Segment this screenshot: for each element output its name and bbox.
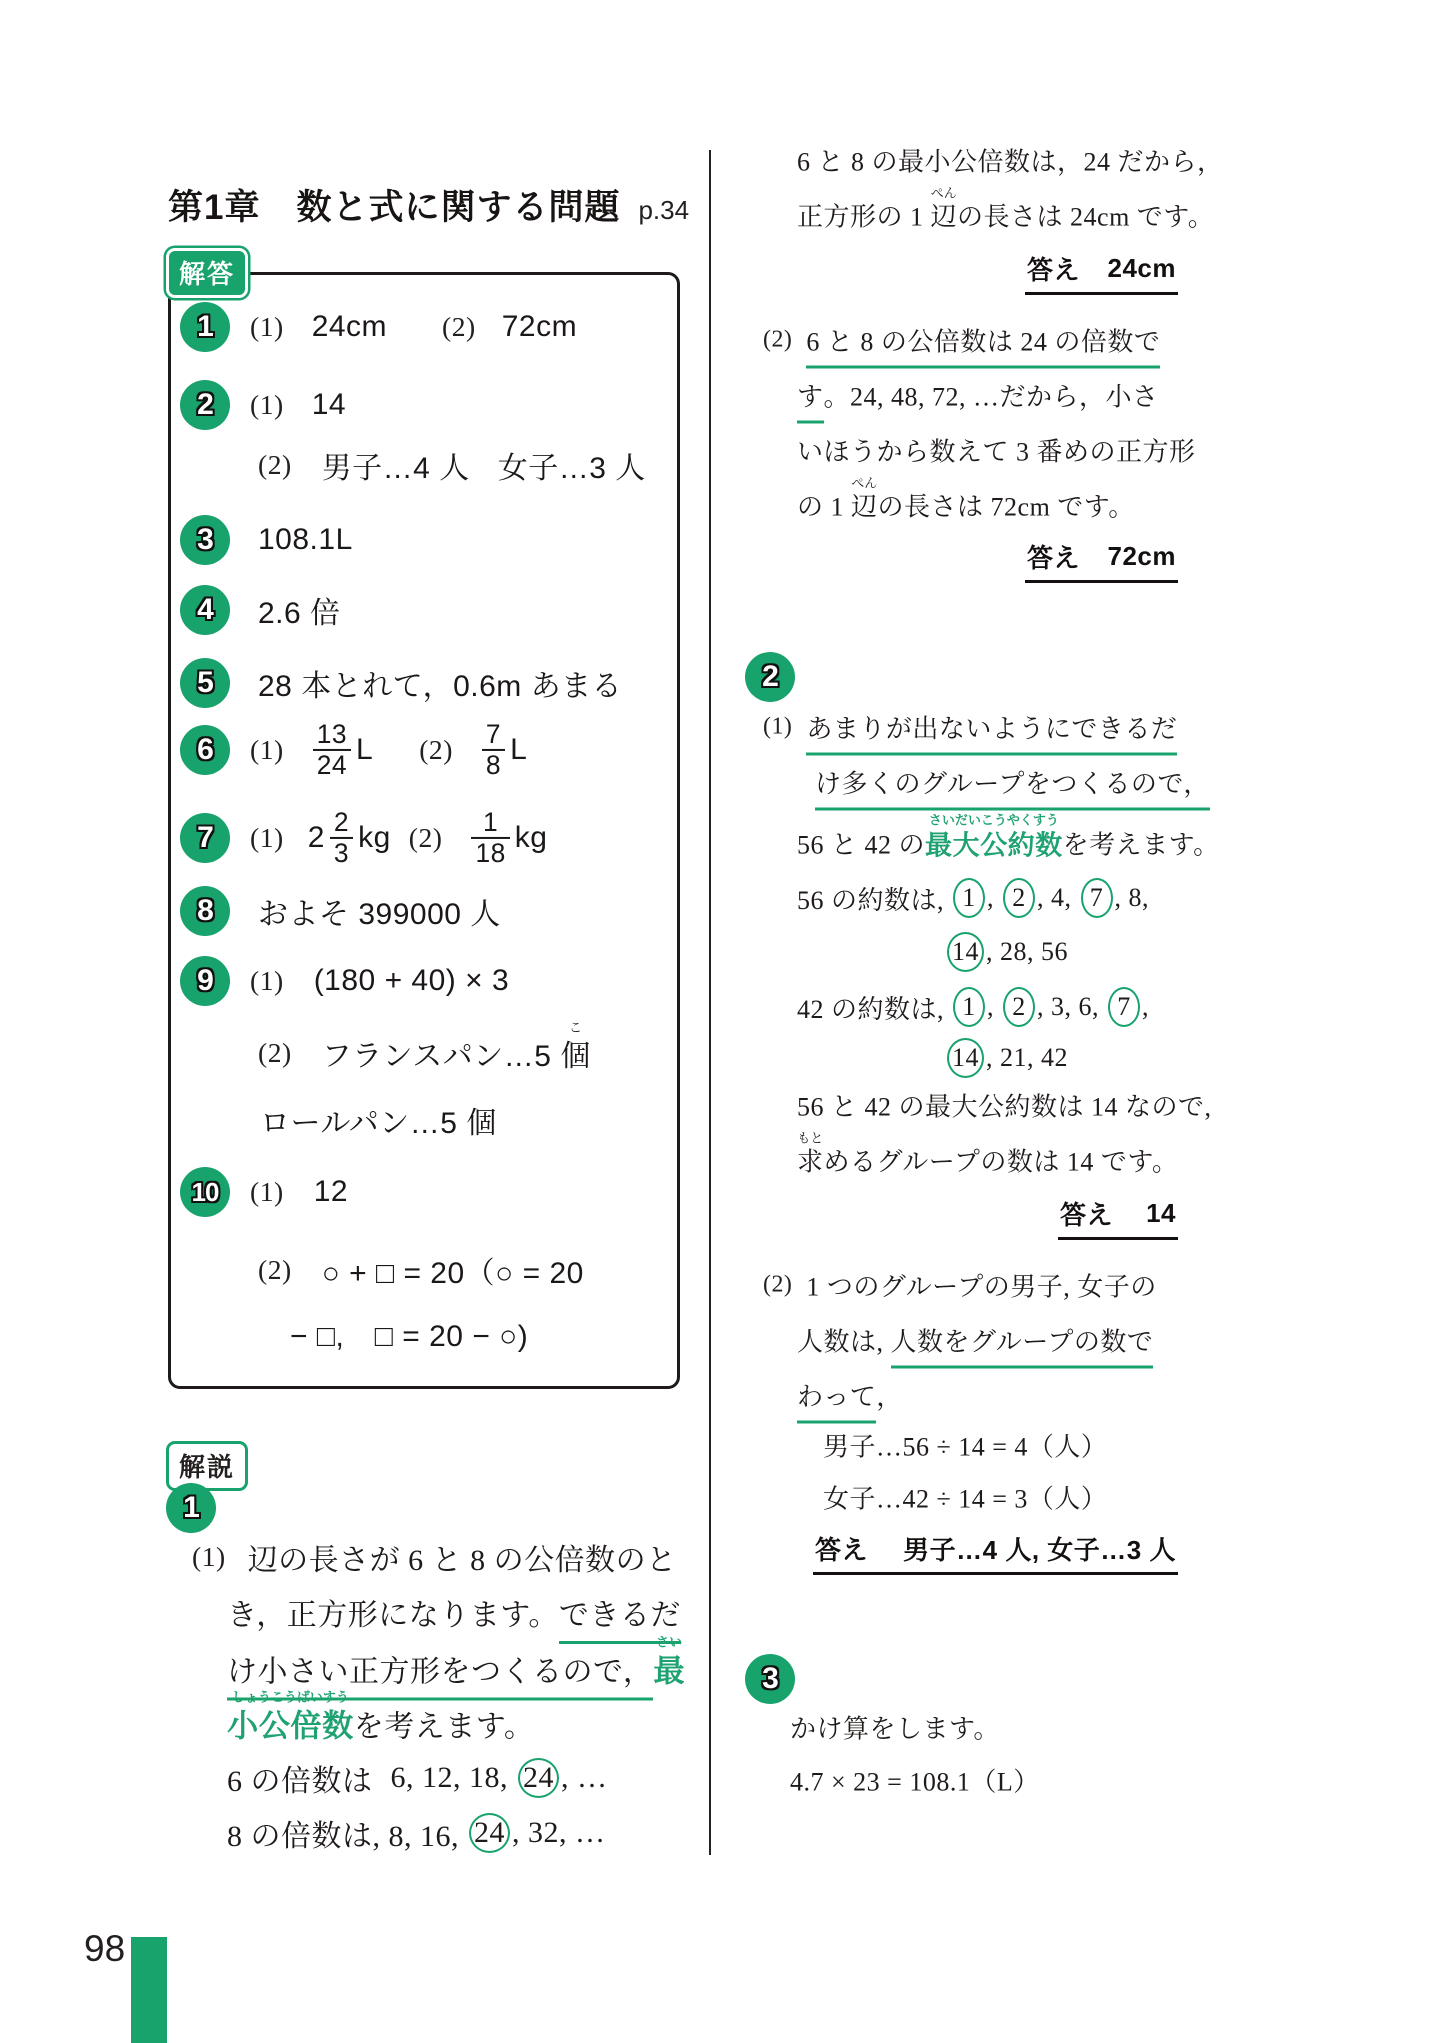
text-segment: 答え bbox=[1027, 250, 1080, 287]
text-line: いほうから数えて 3 番めの正方形 bbox=[797, 432, 1196, 469]
text-line: 14, 28, 56 bbox=[945, 932, 1068, 972]
text-line: 6 の倍数は6, 12, 18, 24, … bbox=[227, 1756, 608, 1800]
text-line: 正方形の 1 辺ぺんの長さは 24cm です。 bbox=[797, 197, 1214, 234]
sub-item-label: (1) bbox=[250, 389, 284, 421]
answer-line: 答え72cm bbox=[1025, 537, 1178, 583]
sub-item-label: (2) bbox=[258, 449, 292, 481]
text-line: (2)1 つのグループの男子, 女子の bbox=[763, 1267, 1157, 1304]
text-segment: ， bbox=[876, 1377, 903, 1414]
text-segment: 72cm bbox=[1108, 541, 1177, 572]
ruby-annotation: さいだいこうやくすう bbox=[929, 810, 1059, 829]
circled-number: 1 bbox=[953, 987, 985, 1027]
text-segment: − □, □ = 20 − ○) bbox=[290, 1311, 528, 1355]
text-segment: 答え bbox=[1027, 538, 1080, 575]
text-segment: 8 の倍数は, 8, 16, bbox=[227, 1811, 467, 1855]
circled-number: 24 bbox=[469, 1813, 510, 1853]
text-segment: いほうから数えて 3 番めの正方形 bbox=[797, 432, 1196, 469]
fraction: 118 bbox=[471, 808, 509, 868]
sub-item-label: (1) bbox=[192, 1541, 226, 1573]
text-segment: kg bbox=[358, 821, 391, 855]
page-edge-bar bbox=[131, 1937, 167, 2043]
sub-item-label: (1) bbox=[763, 714, 792, 741]
text-segment: , 4, bbox=[1037, 883, 1079, 913]
text-segment: 14 bbox=[1146, 1198, 1176, 1229]
text-line: (1)12 bbox=[250, 1175, 348, 1209]
text-segment: 28 本とれて，0.6m あまる bbox=[258, 661, 622, 705]
text-segment: を考えます。 bbox=[1063, 825, 1220, 862]
item-number-badge: 2 bbox=[180, 380, 230, 430]
text-segment: できるだ bbox=[559, 1590, 681, 1634]
item-number-badge: 6 bbox=[180, 725, 230, 775]
text-segment: 人数は, bbox=[797, 1322, 891, 1359]
circled-number: 1 bbox=[953, 878, 985, 918]
text-segment: , 32, … bbox=[512, 1816, 606, 1850]
page-reference: p.34 bbox=[638, 195, 689, 226]
ruby-base: 求 bbox=[797, 1148, 824, 1177]
ruby-annotation: さい bbox=[656, 1632, 682, 1651]
answer-line: 答え男子…4 人, 女子…3 人 bbox=[813, 1529, 1178, 1575]
ruby-base: 個 bbox=[560, 1040, 591, 1073]
keyword-highlight: 小公倍数しょうこうばいすう bbox=[227, 1701, 354, 1746]
circled-number: 14 bbox=[947, 1038, 984, 1078]
text-line: (2)男子…4 人女子…3 人 bbox=[258, 443, 646, 487]
text-segment: 求もと bbox=[797, 1142, 824, 1179]
text-segment: を考えます。 bbox=[354, 1701, 535, 1745]
ruby-annotation: ぺん bbox=[851, 473, 877, 492]
sub-item-label: (2) bbox=[763, 327, 792, 354]
answers-tag: 解答 bbox=[166, 248, 248, 298]
textbook-answer-page: 第1章 数と式に関する問題 p.34 解答 解説 12345678910123(… bbox=[0, 0, 1440, 2043]
text-segment: 男子…4 人 bbox=[322, 443, 470, 487]
sub-item-label: (1) bbox=[250, 734, 284, 766]
text-segment: , bbox=[987, 992, 1001, 1022]
text-segment: わって bbox=[797, 1377, 876, 1414]
fraction-denominator: 24 bbox=[313, 749, 351, 780]
text-segment: 56 と 42 の bbox=[797, 825, 925, 862]
text-line: (1)24cm(2)72cm bbox=[250, 310, 577, 344]
text-segment: 。24, 48, 72, …だから，小さ bbox=[824, 377, 1159, 414]
text-line: 4.7 × 23 = 108.1（L） bbox=[790, 1762, 1040, 1799]
circled-number: 2 bbox=[1003, 878, 1035, 918]
text-line: およそ 399000 人 bbox=[258, 889, 501, 933]
ruby-annotation: しょうこうばいすう bbox=[232, 1687, 349, 1706]
text-segment: 人数をグループの数で bbox=[891, 1322, 1154, 1359]
text-line: (1)223kg(2)118kg bbox=[250, 808, 547, 868]
fraction-numerator: 1 bbox=[479, 808, 502, 837]
text-segment: 6 と 8 の公倍数は 24 の倍数で bbox=[806, 322, 1160, 359]
text-line: け小さい正方形をつくるので，最さい bbox=[227, 1646, 685, 1691]
text-line: (1)1324L(2)78L bbox=[250, 720, 527, 780]
text-segment: 12 bbox=[314, 1175, 348, 1209]
sub-item-label: (1) bbox=[250, 1176, 284, 1208]
item-number-badge: 1 bbox=[166, 1483, 216, 1533]
text-line: 人数は, 人数をグループの数で bbox=[797, 1322, 1153, 1359]
text-segment: 42 の約数は, bbox=[797, 989, 951, 1026]
fraction-denominator: 18 bbox=[471, 837, 509, 868]
sub-item-label: (2) bbox=[419, 734, 453, 766]
text-segment: L bbox=[510, 733, 527, 767]
sub-item-label: (2) bbox=[258, 1037, 292, 1069]
keyword-highlight: 最さい bbox=[653, 1646, 685, 1691]
ruby-annotation: もと bbox=[797, 1128, 823, 1147]
text-line: ロールパン…5 個 bbox=[260, 1098, 497, 1142]
text-segment: , … bbox=[561, 1761, 608, 1795]
text-segment: 女子…42 ÷ 14 = 3（人） bbox=[823, 1479, 1107, 1516]
circled-number: 14 bbox=[947, 932, 984, 972]
text-segment: かけ算をします。 bbox=[790, 1709, 1000, 1746]
fraction-numerator: 2 bbox=[330, 808, 353, 837]
sub-item-label: (1) bbox=[250, 965, 284, 997]
circled-number: 2 bbox=[1003, 987, 1035, 1027]
text-segment: 1 つのグループの男子, 女子の bbox=[806, 1267, 1156, 1304]
item-number-badge: 10 bbox=[180, 1167, 230, 1217]
fraction: 1324 bbox=[313, 720, 351, 780]
text-line: (1)辺の長さが 6 と 8 の公倍数のと bbox=[192, 1535, 677, 1579]
text-line: 女子…42 ÷ 14 = 3（人） bbox=[823, 1479, 1107, 1516]
text-line: 56 の約数は, 1, 2, 4, 7, 8, bbox=[797, 878, 1149, 918]
text-segment: 6, 12, 18, bbox=[391, 1761, 517, 1795]
item-number-badge: 3 bbox=[745, 1654, 795, 1704]
fraction-numerator: 7 bbox=[482, 720, 505, 749]
text-segment: 6 と 8 の最小公倍数は，24 だから， bbox=[797, 142, 1224, 179]
text-segment: 2 bbox=[308, 821, 325, 855]
text-line: 108.1L bbox=[258, 523, 353, 557]
ruby-base: 辺 bbox=[851, 493, 878, 522]
fraction-numerator: 13 bbox=[313, 720, 351, 749]
ruby-annotation: こ bbox=[569, 1017, 582, 1036]
text-line: (1)(180 + 40) × 3 bbox=[250, 964, 509, 998]
ruby-base: 最大公約数 bbox=[925, 831, 1063, 861]
text-line: 求もとめるグループの数は 14 です。 bbox=[797, 1142, 1178, 1179]
fraction: 78 bbox=[482, 720, 505, 780]
page-number: 98 bbox=[84, 1928, 125, 1970]
text-line: け多くのグループをつくるので， bbox=[815, 764, 1210, 801]
circled-number: 24 bbox=[518, 1758, 559, 1798]
text-line: 28 本とれて，0.6m あまる bbox=[258, 661, 622, 705]
item-number-badge: 2 bbox=[745, 652, 795, 702]
ruby-base: 最 bbox=[653, 1654, 685, 1689]
item-number-badge: 9 bbox=[180, 956, 230, 1006]
text-segment: 辺の長さが 6 と 8 の公倍数のと bbox=[248, 1535, 677, 1579]
text-segment: 女子…3 人 bbox=[498, 443, 646, 487]
circled-number: 7 bbox=[1108, 987, 1140, 1027]
answer-line: 答え24cm bbox=[1025, 249, 1178, 295]
text-segment: , bbox=[987, 883, 1001, 913]
text-segment: (180 + 40) × 3 bbox=[314, 964, 509, 998]
text-segment: 6 の倍数は bbox=[227, 1756, 373, 1800]
text-line: かけ算をします。 bbox=[790, 1709, 1000, 1746]
text-line: (2)6 と 8 の公倍数は 24 の倍数で bbox=[763, 322, 1160, 359]
text-segment: の 1 bbox=[797, 487, 851, 524]
text-segment: 24cm bbox=[312, 310, 387, 344]
text-segment: , 8, bbox=[1115, 883, 1150, 913]
text-line: 56 と 42 の最大公約数は 14 なので, bbox=[797, 1087, 1212, 1124]
text-line: 6 と 8 の最小公倍数は，24 だから， bbox=[797, 142, 1224, 179]
text-line: 42 の約数は, 1, 2, 3, 6, 7, bbox=[797, 987, 1149, 1027]
sub-item-label: (1) bbox=[250, 311, 284, 343]
text-segment: す bbox=[797, 377, 824, 414]
sub-item-label: (2) bbox=[409, 822, 443, 854]
sub-item-label: (2) bbox=[258, 1254, 292, 1286]
item-number-badge: 7 bbox=[180, 813, 230, 863]
text-segment: 男子…4 人, 女子…3 人 bbox=[903, 1530, 1176, 1567]
text-segment: , 3, 6, bbox=[1037, 992, 1106, 1022]
text-line: (2)フランスパン…5 個こ bbox=[258, 1031, 591, 1075]
text-segment: めるグループの数は 14 です。 bbox=[824, 1142, 1179, 1179]
sub-item-label: (2) bbox=[442, 311, 476, 343]
text-segment: 24cm bbox=[1108, 253, 1177, 284]
text-line: 2.6 倍 bbox=[258, 588, 341, 632]
text-segment: き，正方形になります。 bbox=[227, 1590, 559, 1634]
text-segment: の長さは 72cm です。 bbox=[878, 487, 1135, 524]
text-line: 14, 21, 42 bbox=[945, 1038, 1068, 1078]
column-divider bbox=[709, 150, 711, 1855]
text-line: 56 と 42 の最大公約数さいだいこうやくすうを考えます。 bbox=[797, 824, 1220, 863]
text-segment: の長さは 24cm です。 bbox=[957, 197, 1214, 234]
item-number-badge: 5 bbox=[180, 658, 230, 708]
ruby-base: 小公倍数 bbox=[227, 1709, 354, 1744]
answer-line: 答え14 bbox=[1058, 1194, 1178, 1240]
text-line: 8 の倍数は, 8, 16, 24, 32, … bbox=[227, 1811, 606, 1855]
sub-item-label: (2) bbox=[763, 1272, 792, 1299]
text-line: き，正方形になります。できるだ bbox=[227, 1590, 681, 1634]
text-segment: 56 の約数は, bbox=[797, 880, 951, 917]
text-line: 小公倍数しょうこうばいすうを考えます。 bbox=[227, 1701, 534, 1746]
text-segment: およそ 399000 人 bbox=[258, 889, 501, 933]
text-segment: 辺ぺん bbox=[931, 197, 958, 234]
text-line: (1)あまりが出ないようにできるだ bbox=[763, 709, 1177, 746]
sub-item-label: (1) bbox=[250, 822, 284, 854]
text-line: の 1 辺ぺんの長さは 72cm です。 bbox=[797, 487, 1135, 524]
fraction: 23 bbox=[330, 808, 353, 868]
text-segment: 男子…56 ÷ 14 = 4（人） bbox=[823, 1427, 1107, 1464]
text-segment: 個こ bbox=[560, 1031, 591, 1075]
text-segment: 108.1L bbox=[258, 523, 353, 557]
fraction-denominator: 3 bbox=[330, 837, 353, 868]
text-segment: あまりが出ないようにできるだ bbox=[806, 709, 1177, 746]
text-segment: 答え bbox=[1060, 1195, 1113, 1232]
ruby-base: 辺 bbox=[931, 203, 958, 232]
keyword-highlight: 最大公約数さいだいこうやくすう bbox=[925, 824, 1063, 863]
ruby-annotation: ぺん bbox=[931, 183, 957, 202]
text-segment: 答え bbox=[815, 1530, 868, 1567]
text-segment: け小さい正方形をつくるので， bbox=[227, 1646, 653, 1690]
chapter-title: 第1章 数と式に関する問題 bbox=[168, 180, 620, 230]
item-number-badge: 8 bbox=[180, 886, 230, 936]
text-segment: ロールパン…5 個 bbox=[260, 1098, 497, 1142]
text-line: す。24, 48, 72, …だから，小さ bbox=[797, 377, 1159, 414]
item-number-badge: 1 bbox=[180, 302, 230, 352]
text-segment: け多くのグループをつくるので， bbox=[815, 764, 1210, 801]
text-segment: , 28, 56 bbox=[986, 937, 1068, 967]
text-segment: 56 と 42 の最大公約数は 14 なので, bbox=[797, 1087, 1212, 1124]
text-segment: 正方形の 1 bbox=[797, 197, 931, 234]
text-segment: 14 bbox=[312, 388, 346, 422]
text-segment: , 21, 42 bbox=[986, 1043, 1068, 1073]
chapter-header: 第1章 数と式に関する問題 p.34 bbox=[168, 180, 689, 230]
text-segment: ○ + □ = 20（○ = 20 bbox=[322, 1248, 584, 1292]
text-segment: L bbox=[356, 733, 373, 767]
text-segment: 辺ぺん bbox=[851, 487, 878, 524]
item-number-badge: 3 bbox=[180, 515, 230, 565]
text-line: 男子…56 ÷ 14 = 4（人） bbox=[823, 1427, 1107, 1464]
text-line: (1)14 bbox=[250, 388, 346, 422]
explanation-tag: 解説 bbox=[166, 1441, 248, 1491]
text-segment: フランスパン…5 bbox=[322, 1031, 561, 1075]
text-segment: kg bbox=[515, 821, 548, 855]
item-number-badge: 4 bbox=[180, 585, 230, 635]
text-line: − □, □ = 20 − ○) bbox=[290, 1311, 528, 1355]
text-segment: 2.6 倍 bbox=[258, 588, 341, 632]
text-line: わって， bbox=[797, 1377, 903, 1414]
text-segment: 72cm bbox=[502, 310, 577, 344]
text-segment: 4.7 × 23 = 108.1（L） bbox=[790, 1762, 1040, 1799]
text-segment: , bbox=[1142, 992, 1149, 1022]
text-line: (2)○ + □ = 20（○ = 20 bbox=[258, 1248, 584, 1292]
circled-number: 7 bbox=[1081, 878, 1113, 918]
fraction-denominator: 8 bbox=[482, 749, 505, 780]
